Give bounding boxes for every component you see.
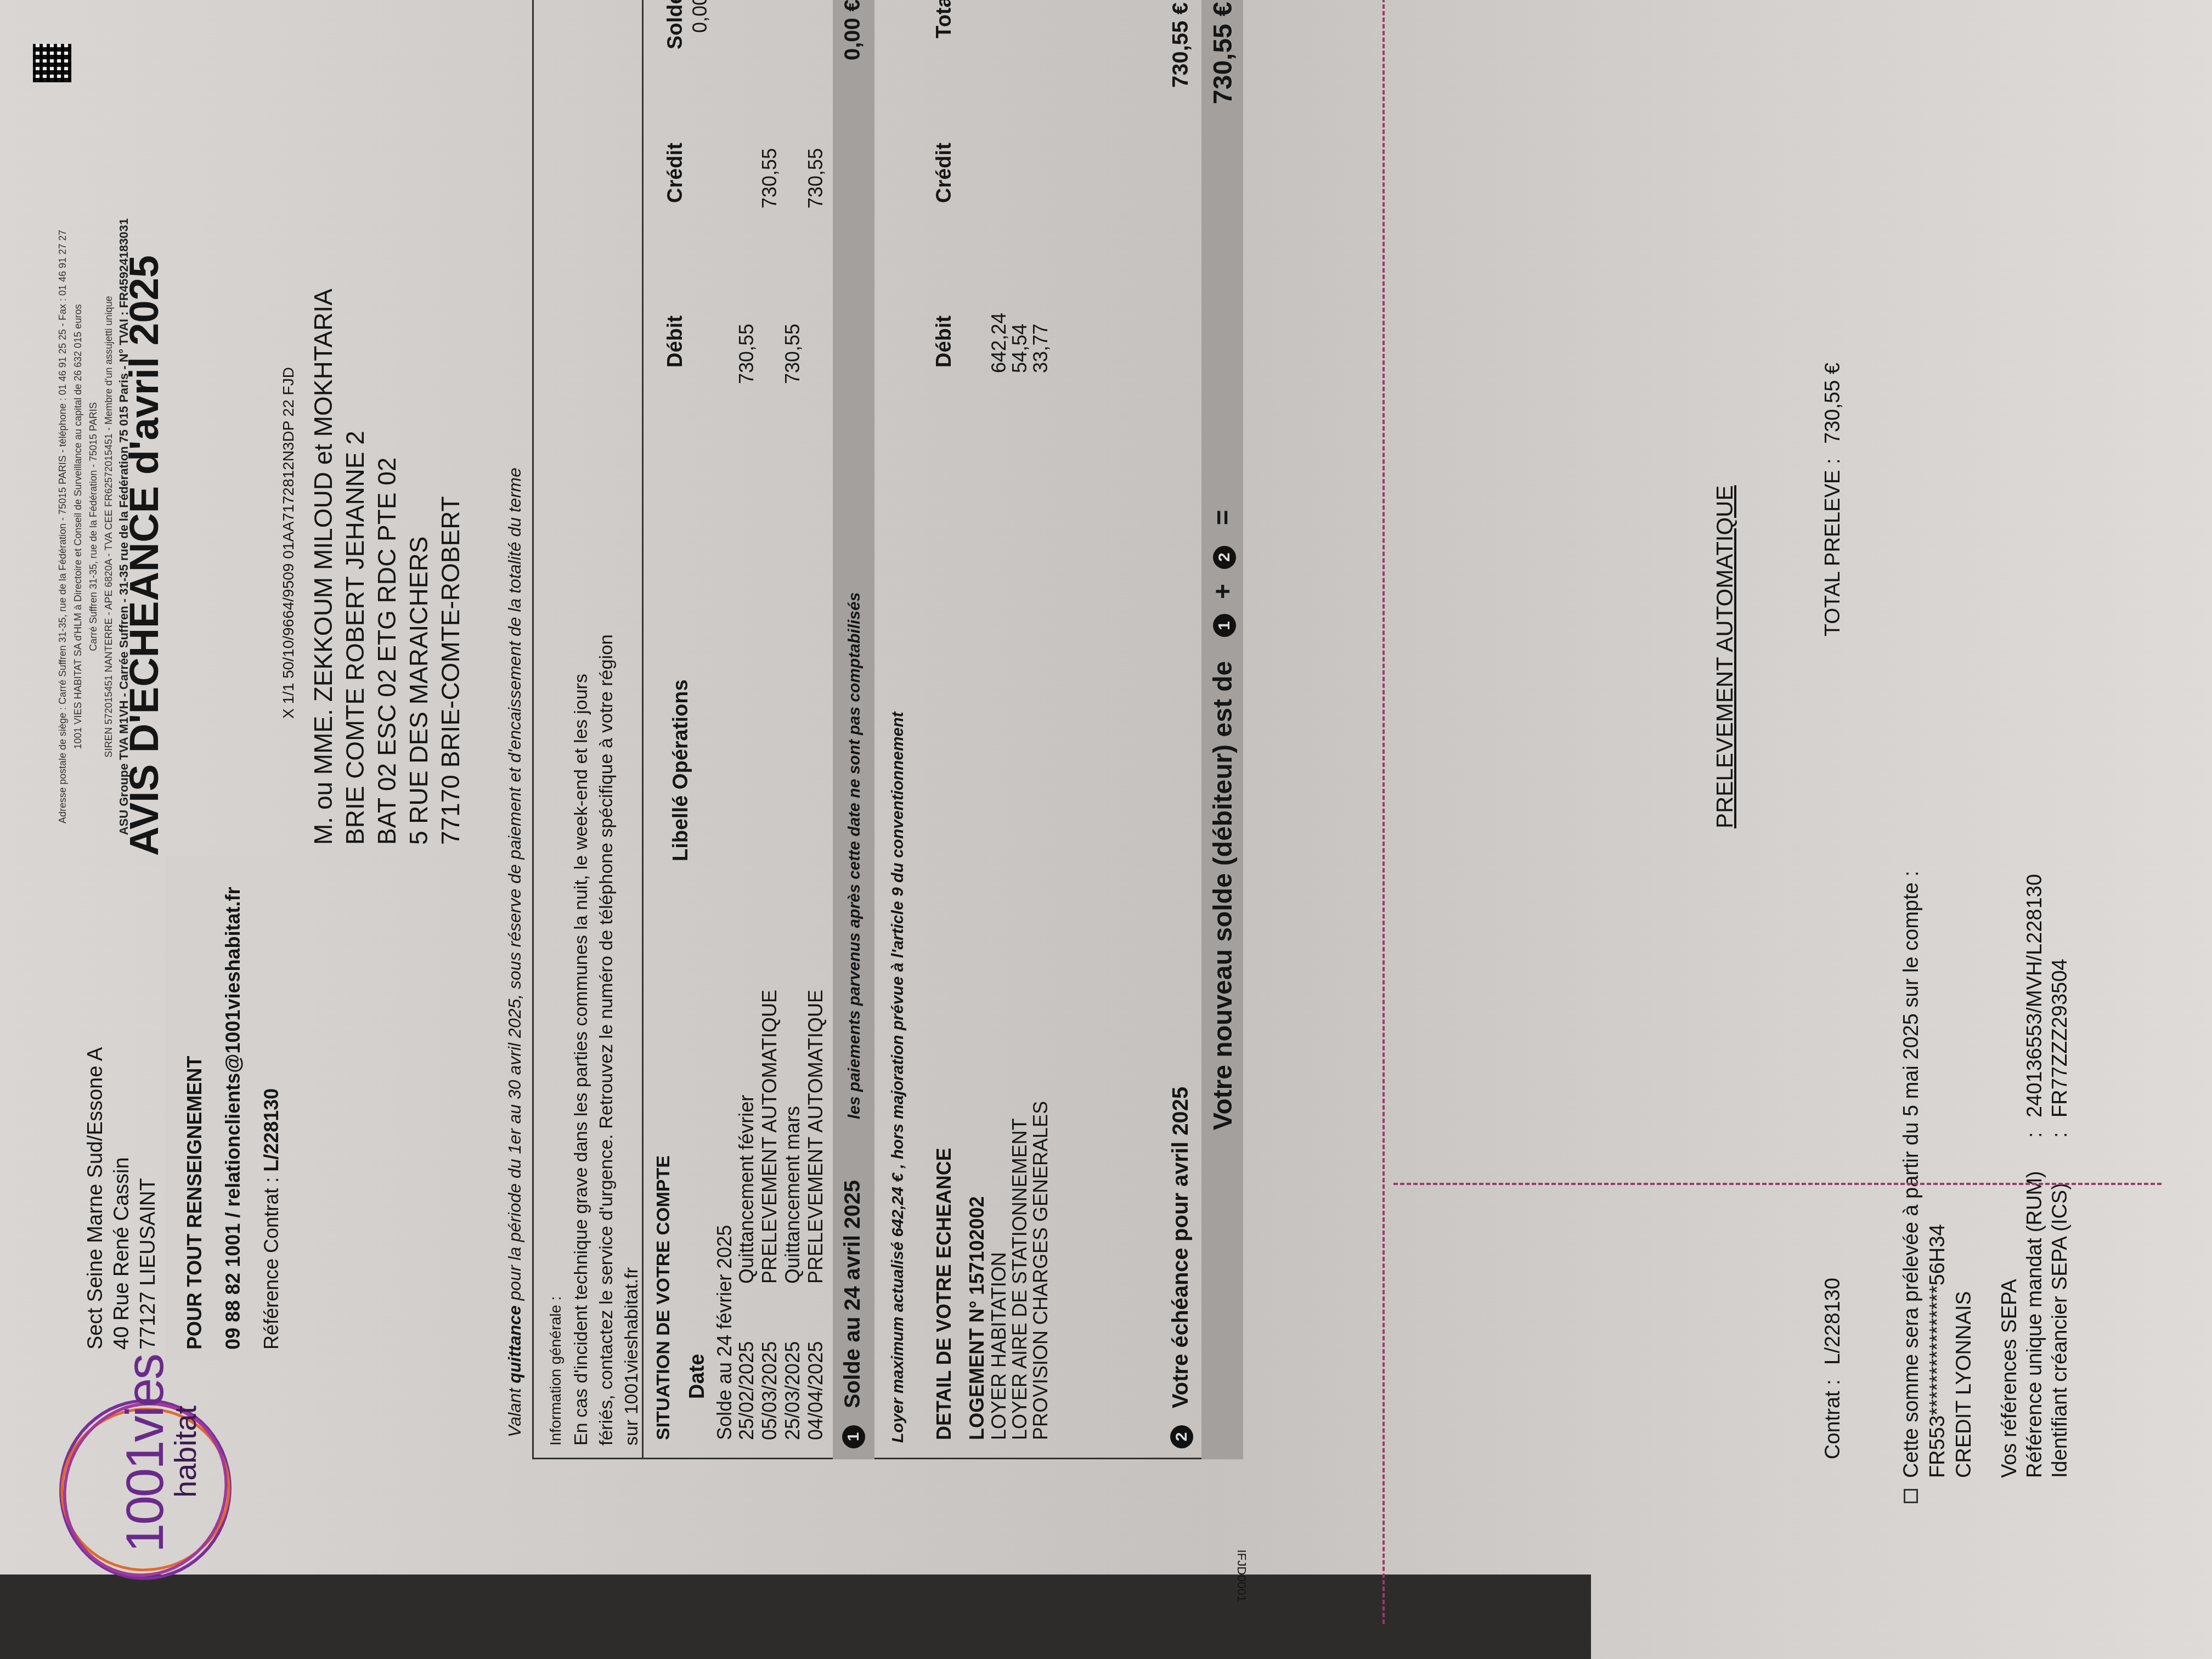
debit-notice: Cette somme sera prélevée à partir du 5 … [1900,871,1923,1478]
iban-masked: FR553****************56H34 [1925,871,1951,1478]
stub-contract-value: L/228130 [1821,1278,1844,1365]
sepa-references: Vos références SEPA Référence unique man… [1997,874,2073,1478]
payment-stub: PRELEVEMENT AUTOMATIQUE Contrat : L/2281… [22,33,2189,1624]
stub-total-label: TOTAL PRELEVE : [1821,458,1844,636]
sepa-heading: Vos références SEPA [1997,874,2022,1478]
stub-contract-label: Contrat : [1821,1379,1844,1459]
ics-value: FR77ZZZ293504 [2049,959,2072,1118]
tear-line-vertical [1393,1183,2162,1185]
stub-total: TOTAL PRELEVE : 730,55 € [1821,363,1845,636]
opening-balance-value: 0,00 [689,0,712,33]
ics-label: Identifiant créancier SEPA (ICS) [2047,1138,2073,1478]
stub-debit-info: Cette somme sera prélevée à partir du 5 … [1898,871,1977,1503]
rum-value: 240136553/MVH/L228130 [2023,874,2046,1118]
bank-name: CREDIT LYONNAIS [1951,871,1977,1478]
stub-title: PRELEVEMENT AUTOMATIQUE [1712,486,1738,828]
stub-total-value: 730,55 € [1821,363,1844,444]
checkbox-icon [1904,1489,1918,1503]
stub-contract: Contrat : L/228130 [1821,1278,1845,1459]
rum-label: Référence unique mandat (RUM) [2022,1138,2047,1478]
